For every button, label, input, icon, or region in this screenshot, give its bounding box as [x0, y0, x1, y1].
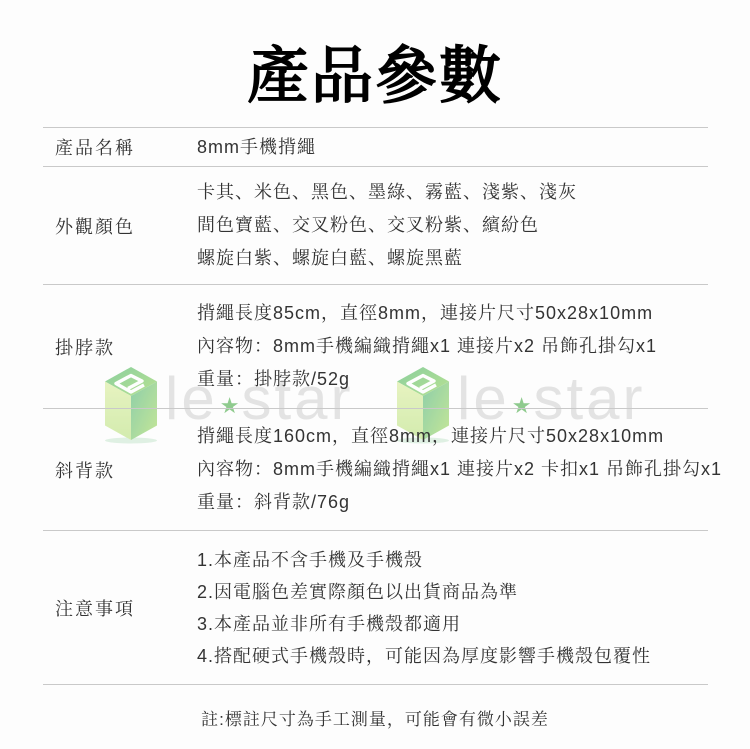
value-line: 揹繩長度85cm，直徑8mm，連接片尺寸50x28x10mm: [197, 297, 708, 330]
value-line: 重量：掛脖款/52g: [197, 363, 708, 396]
row-value: 卡其、米色、黑色、墨綠、霧藍、淺紫、淺灰 間色寶藍、交叉粉色、交叉粉紫、繽紛色 …: [197, 167, 708, 284]
value-line: 內容物：8mm手機編織揹繩x1 連接片x2 卡扣x1 吊飾孔掛勾x1: [197, 453, 722, 486]
value-line: 卡其、米色、黑色、墨綠、霧藍、淺紫、淺灰: [197, 176, 708, 209]
value-line: 間色寶藍、交叉粉色、交叉粉紫、繽紛色: [197, 209, 708, 242]
row-value: 1.本產品不含手機及手機殼 2.因電腦色差實際顏色以出貨商品為準 3.本產品並非…: [197, 531, 708, 684]
value-line: 揹繩長度160cm，直徑8mm，連接片尺寸50x28x10mm: [197, 420, 722, 453]
product-spec-page: le★star le★star 產品參數 產品名稱 8mm手機揹繩 外觀顏色: [0, 0, 750, 749]
measurement-disclaimer: 註:標註尺寸為手工測量，可能會有微小誤差: [0, 705, 750, 730]
row-value: 8mm手機揹繩: [197, 128, 708, 166]
table-row-product-name: 產品名稱 8mm手機揹繩: [43, 127, 708, 166]
row-label: 掛脖款: [43, 285, 197, 408]
value-line: 4.搭配硬式手機殼時，可能因為厚度影響手機殼包覆性: [197, 640, 708, 672]
page-title: 產品參數: [0, 26, 750, 115]
row-value: 揹繩長度85cm，直徑8mm，連接片尺寸50x28x10mm 內容物：8mm手機…: [197, 285, 708, 408]
table-row-colors: 外觀顏色 卡其、米色、黑色、墨綠、霧藍、淺紫、淺灰 間色寶藍、交叉粉色、交叉粉紫…: [43, 166, 708, 284]
value-line: 3.本產品並非所有手機殼都適用: [197, 608, 708, 640]
row-label: 產品名稱: [43, 128, 197, 166]
spec-table: 產品名稱 8mm手機揹繩 外觀顏色 卡其、米色、黑色、墨綠、霧藍、淺紫、淺灰 間…: [43, 127, 708, 685]
value-line: 螺旋白紫、螺旋白藍、螺旋黑藍: [197, 242, 708, 275]
value-line: 8mm手機揹繩: [197, 131, 708, 164]
table-row-neck-style: 掛脖款 揹繩長度85cm，直徑8mm，連接片尺寸50x28x10mm 內容物：8…: [43, 284, 708, 408]
table-row-crossbody-style: 斜背款 揹繩長度160cm，直徑8mm，連接片尺寸50x28x10mm 內容物：…: [43, 408, 708, 530]
row-label: 外觀顏色: [43, 167, 197, 284]
value-line: 內容物：8mm手機編織揹繩x1 連接片x2 吊飾孔掛勾x1: [197, 330, 708, 363]
value-line: 2.因電腦色差實際顏色以出貨商品為準: [197, 576, 708, 608]
row-label: 斜背款: [43, 409, 197, 530]
row-value: 揹繩長度160cm，直徑8mm，連接片尺寸50x28x10mm 內容物：8mm手…: [197, 409, 722, 530]
value-line: 重量：斜背款/76g: [197, 486, 722, 519]
table-row-notices: 注意事項 1.本產品不含手機及手機殼 2.因電腦色差實際顏色以出貨商品為準 3.…: [43, 530, 708, 685]
value-line: 1.本產品不含手機及手機殼: [197, 544, 708, 576]
row-label: 注意事項: [43, 531, 197, 684]
